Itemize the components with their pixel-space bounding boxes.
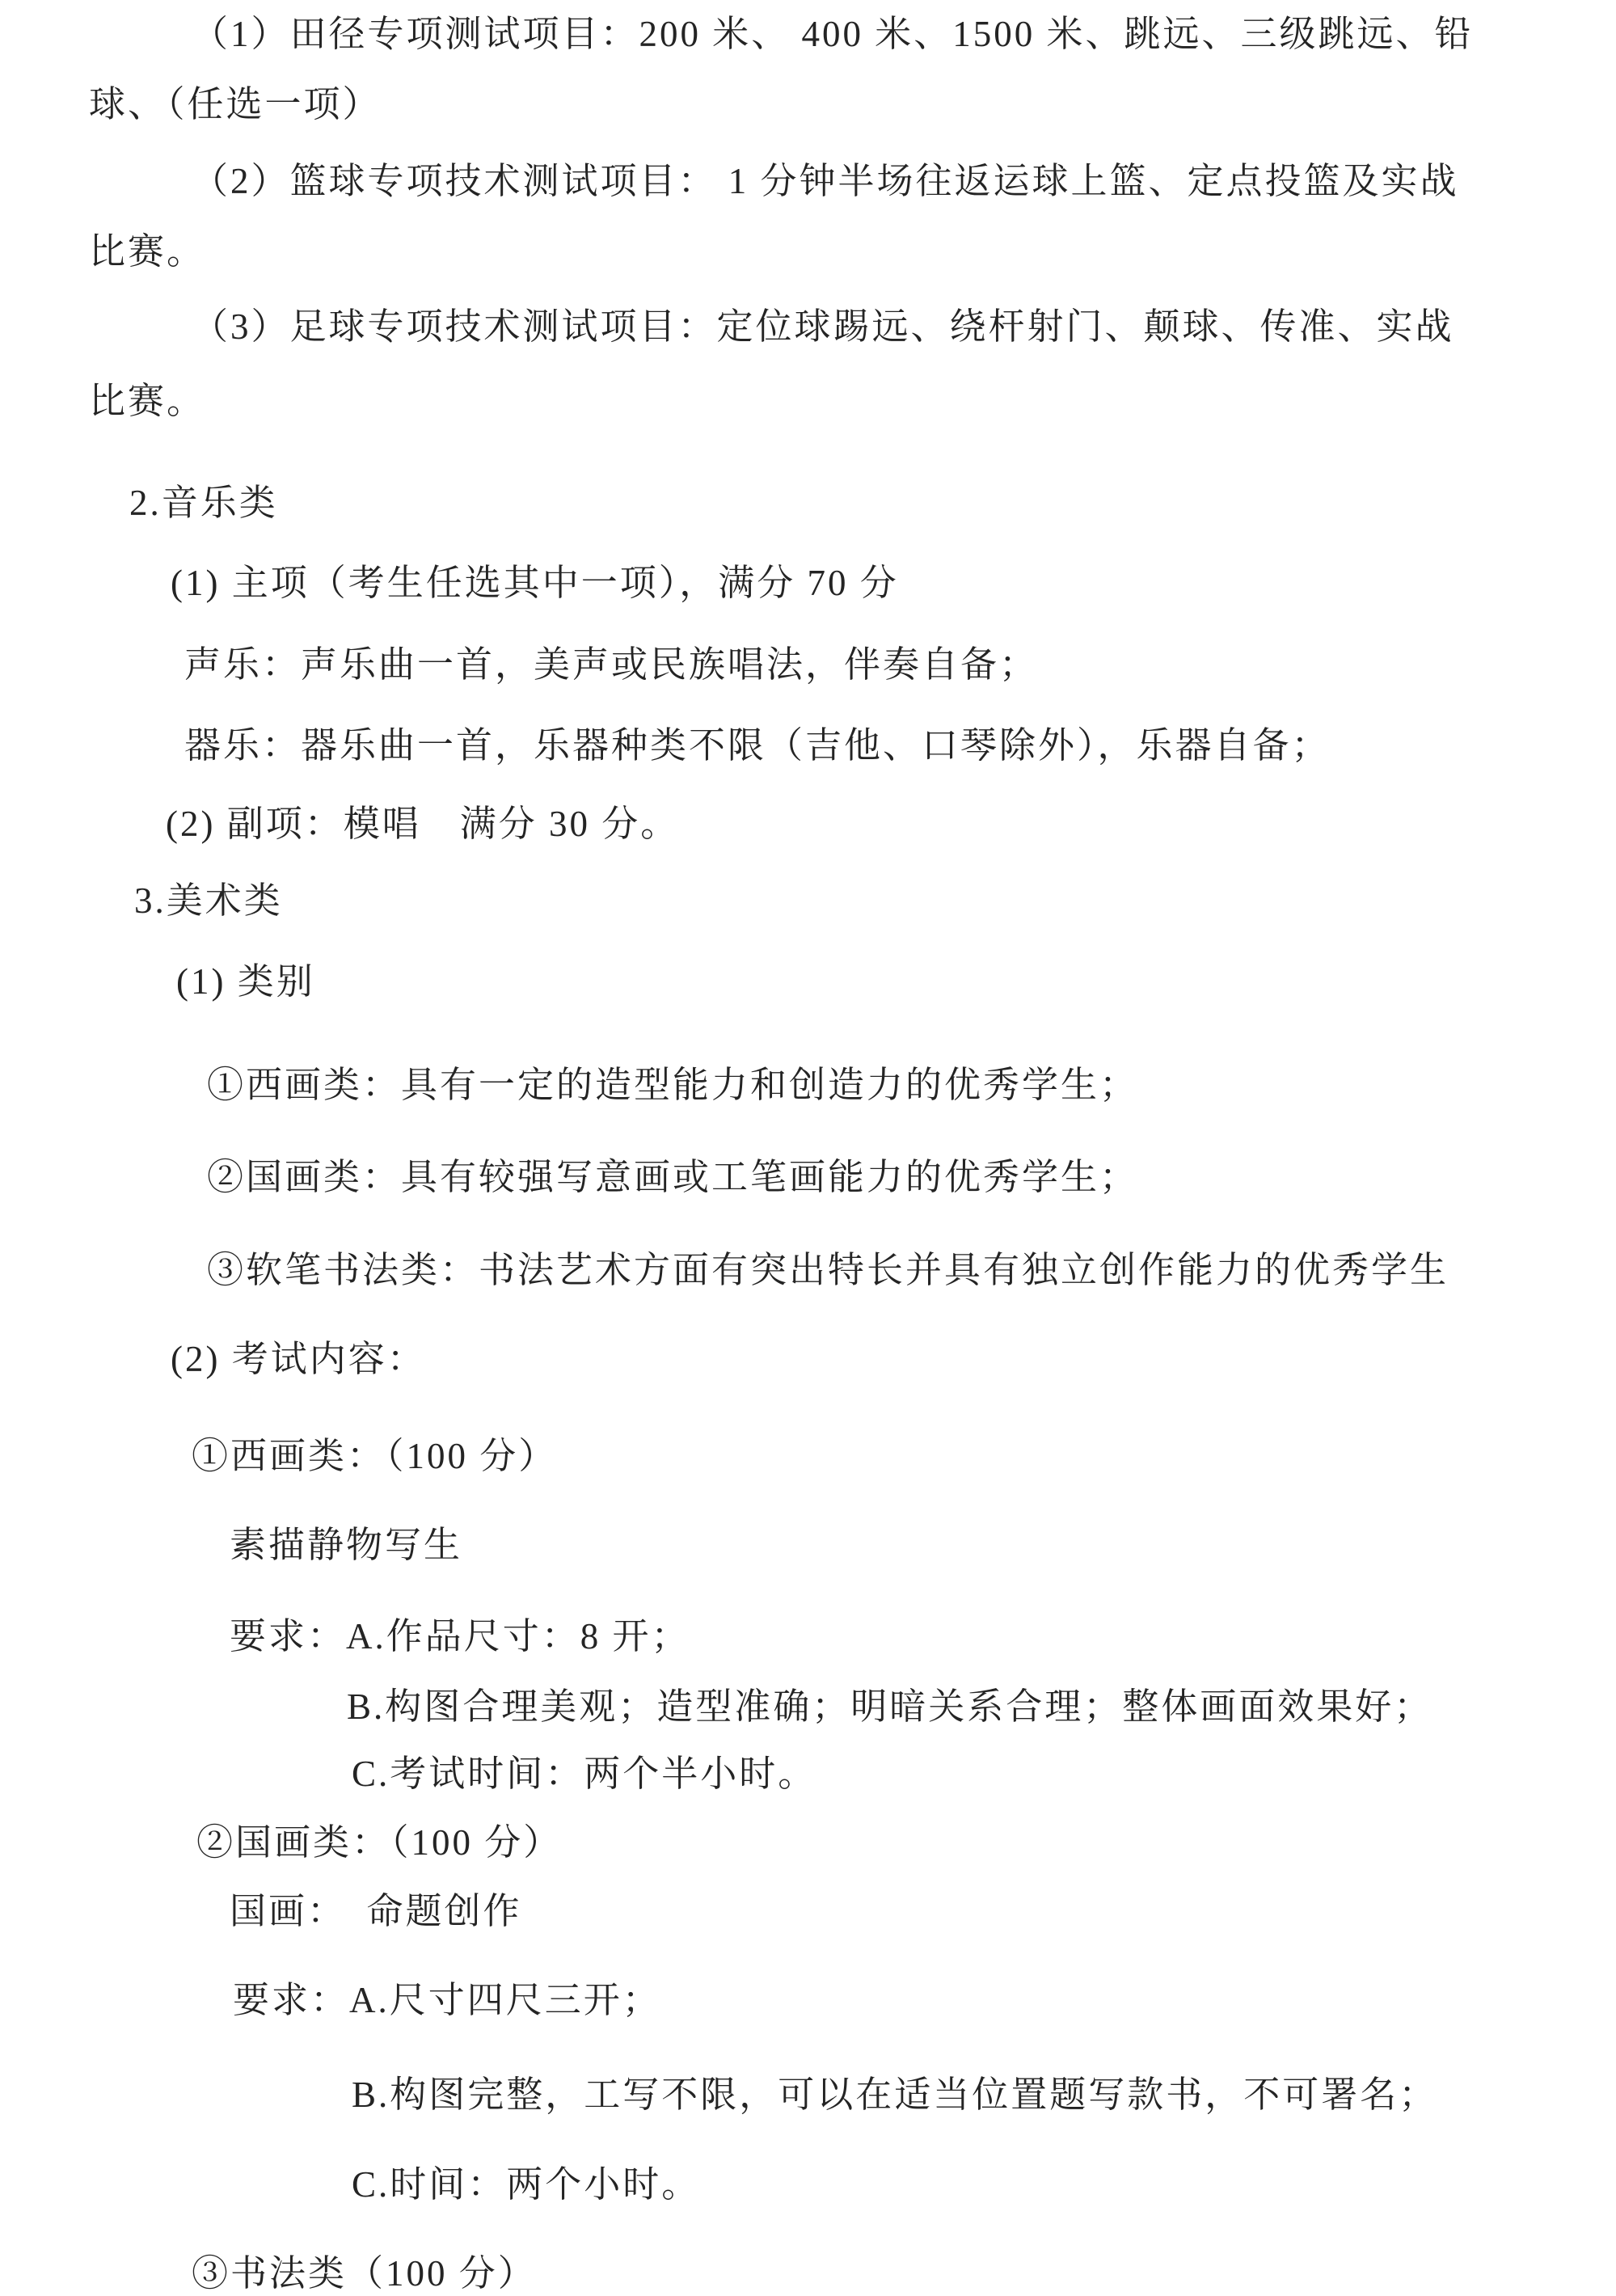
para-chinese-painting-subject: 国画： 命题创作 <box>230 1893 522 1930</box>
para-western-req-c: C.考试时间：两个半小时。 <box>352 1756 816 1792</box>
para-track-events-2: 球、（任选一项） <box>89 87 382 123</box>
para-chinese-req-b: B.构图完整，工写不限，可以在适当位置题写款书，不可署名； <box>352 2077 1437 2113</box>
para-vocal-music: 声乐：声乐曲一首，美声或民族唱法，伴奏自备； <box>184 647 1038 683</box>
para-soccer-2: 比赛。 <box>89 383 205 420</box>
para-western-req-a: 要求：A.作品尺寸：8 开； <box>230 1619 690 1655</box>
para-calligraphy-exam: ③书法类（100 分） <box>192 2256 537 2292</box>
para-chinese-painting-type: ②国画类：具有较强写意画或工笔画能力的优秀学生； <box>207 1159 1138 1196</box>
heading-art-types: (1) 类别 <box>176 964 315 1000</box>
para-basketball-2: 比赛。 <box>89 234 205 270</box>
para-chinese-painting-exam: ②国画类：（100 分） <box>196 1825 562 1861</box>
para-soccer-1: （3）足球专项技术测试项目：定位球踢远、绕杆射门、颠球、传准、实战 <box>192 309 1454 345</box>
para-western-req-b: B.构图合理美观；造型准确；明暗关系合理；整体画面效果好； <box>347 1689 1432 1725</box>
heading-art-category: 3.美术类 <box>134 883 283 919</box>
para-chinese-req-a: 要求：A.尺寸四尺三开； <box>233 1982 661 2019</box>
para-basketball-1: （2）篮球专项技术测试项目： 1 分钟半场往返运球上篮、定点投篮及实战 <box>192 163 1459 200</box>
para-music-main-item: (1) 主项（考生任选其中一项），满分 70 分 <box>171 565 899 601</box>
para-western-painting-type: ①西画类：具有一定的造型能力和创造力的优秀学生； <box>207 1067 1138 1104</box>
para-music-secondary-item: (2) 副项：模唱 满分 30 分。 <box>166 806 679 842</box>
para-western-painting-exam: ①西画类：（100 分） <box>192 1438 557 1475</box>
para-calligraphy-type: ③软笔书法类：书法艺术方面有突出特长并具有独立创作能力的优秀学生 <box>207 1252 1449 1289</box>
heading-music-category: 2.音乐类 <box>129 485 278 521</box>
para-instrumental-music: 器乐：器乐曲一首，乐器种类不限（吉他、口琴除外），乐器自备； <box>184 728 1331 764</box>
document-page: （1）田径专项测试项目：200 米、 400 米、1500 米、跳远、三级跳远、… <box>0 0 1616 2296</box>
para-chinese-req-c: C.时间：两个小时。 <box>352 2167 700 2203</box>
para-sketch-subject: 素描静物写生 <box>230 1527 462 1564</box>
para-track-events-1: （1）田径专项测试项目：200 米、 400 米、1500 米、跳远、三级跳远、… <box>192 16 1474 53</box>
heading-exam-content: (2) 考试内容： <box>171 1341 426 1378</box>
